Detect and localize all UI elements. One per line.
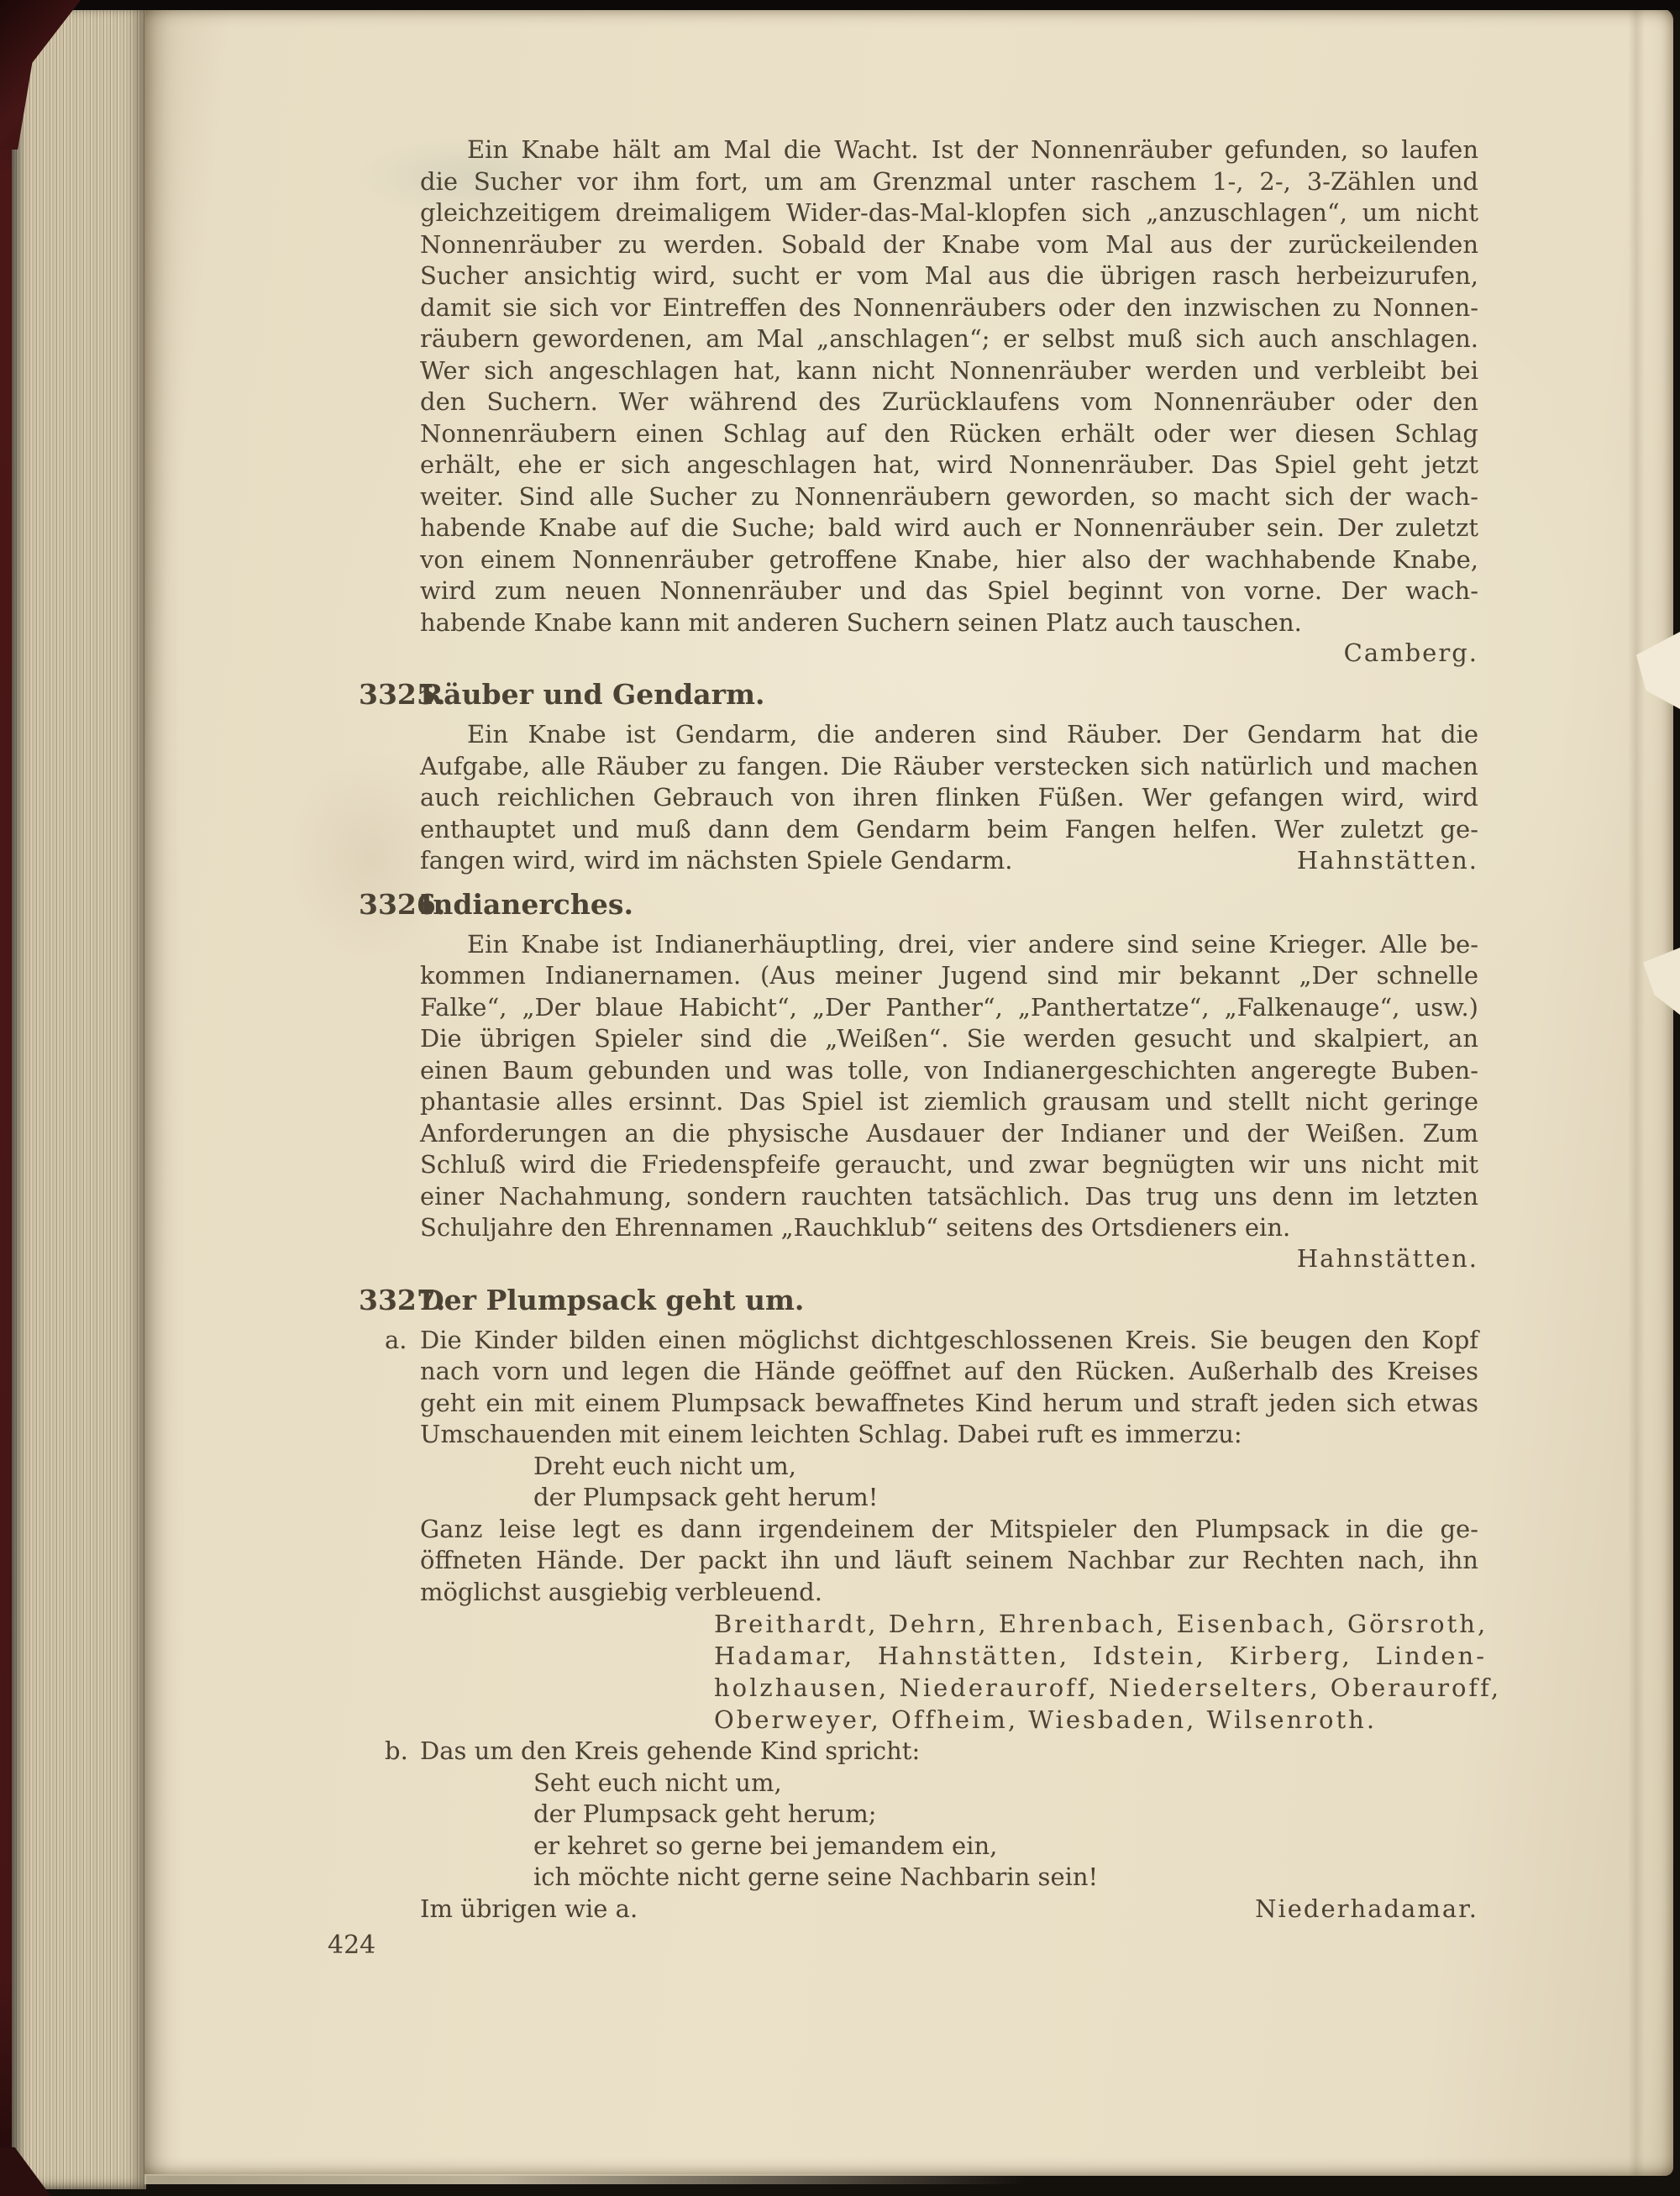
place-names-list: Breithardt, Dehrn, Ehrenbach, Eisenbach,… (714, 1608, 1487, 1704)
text-line: Wer sich angeschlagen hat, kann nicht No… (420, 355, 1478, 387)
section-heading-3327: 3327. Der Plumpsack geht um. (420, 1283, 1478, 1318)
item-a: a. Die Kinder bilden einen möglichst dic… (420, 1325, 1478, 1736)
text-line: von einem Nonnenräuber getroffene Knabe,… (420, 544, 1478, 576)
paragraph-last-line: habende Knabe kann mit anderen Suchern s… (420, 607, 1478, 639)
paragraph-3326: Ein Knabe ist Indianerhäuptling, drei, v… (420, 929, 1478, 1213)
text-block: Ein Knabe hält am Mal die Wacht. Ist der… (420, 134, 1478, 1925)
text-line: Nonnenräuber zu werden. Sobald der Knabe… (420, 229, 1478, 261)
section-number: 3327. (359, 1283, 445, 1318)
text-line: nach vorn und legen die Hände geöffnet a… (420, 1356, 1478, 1388)
book-photo: Ein Knabe hält am Mal die Wacht. Ist der… (0, 0, 1680, 2196)
text-line: auch reichlichen Gebrauch von ihren flin… (420, 782, 1478, 814)
text-line: geht ein mit einem Plumpsack bewaffnetes… (420, 1388, 1478, 1420)
text-line: einen Baum gebunden und was tolle, von I… (420, 1055, 1478, 1087)
text-line: Aufgabe, alle Räuber zu fangen. Die Räub… (420, 751, 1478, 783)
text-line: er kehret so gerne bei jemandem ein, (533, 1831, 1478, 1862)
text-line: habende Knabe auf die Suche; bald wird a… (420, 512, 1478, 544)
section-heading-3325: 3325. Räuber und Gendarm. (420, 677, 1478, 712)
text-line: Ganz leise legt es dann irgendeinem der … (420, 1514, 1478, 1546)
section-number: 3326. (359, 887, 445, 922)
item-a-paragraph: Die Kinder bilden einen möglichst dichtg… (420, 1325, 1478, 1420)
closing-line-with-signature: Im übrigen wie a. Niederhadamar. (420, 1894, 1478, 1925)
page-crease (1628, 8, 1645, 2176)
text-line: erhält, ehe er sich angeschlagen hat, wi… (420, 449, 1478, 481)
text-line: damit sie sich vor Eintreffen des Nonnen… (420, 292, 1478, 324)
text-line: Ein Knabe hält am Mal die Wacht. Ist der… (420, 134, 1478, 166)
text-line: Seht euch nicht um, (533, 1768, 1478, 1799)
text-line: phantasie alles ersinnt. Das Spiel ist z… (420, 1086, 1478, 1118)
verse-b: Seht euch nicht um,der Plumpsack geht he… (533, 1768, 1478, 1894)
text-line: Ein Knabe ist Indianerhäuptling, drei, v… (420, 929, 1478, 961)
signature-line: Hahnstätten. (420, 1244, 1478, 1273)
text-line: Falke“, „Der blaue Habicht“, „Der Panthe… (420, 992, 1478, 1024)
text-line: der Plumpsack geht herum; (533, 1799, 1478, 1831)
signature-niederhadamar: Niederhadamar. (1255, 1894, 1478, 1925)
item-marker-b: b. (385, 1736, 408, 1768)
text-line: Sucher ansichtig wird, sucht er vom Mal … (420, 260, 1478, 292)
item-marker-a: a. (385, 1325, 407, 1357)
page-stack-edge (10, 5, 146, 2189)
closing-text: Im übrigen wie a. (420, 1894, 638, 1925)
text-line: öffneten Hände. Der packt ihn und läuft … (420, 1545, 1478, 1577)
page-bottom-edge (144, 2174, 1026, 2184)
section-title: Der Plumpsack geht um. (420, 1284, 804, 1316)
text-line: einer Nachahmung, sondern rauchten tatsä… (420, 1181, 1478, 1213)
text-line: Ein Knabe ist Gendarm, die anderen sind … (420, 719, 1478, 751)
text-line: der Plumpsack geht herum! (533, 1482, 1478, 1514)
text-line: räubern gewordenen, am Mal „anschlagen“;… (420, 323, 1478, 355)
text-line: Die übrigen Spieler sind die „Weißen“. S… (420, 1023, 1478, 1055)
text-line: den Suchern. Wer während des Zurücklaufe… (420, 386, 1478, 418)
paragraph-last-line: Schuljahre den Ehrennamen „Rauchklub“ se… (420, 1212, 1478, 1244)
text-line: wird zum neuen Nonnenräuber und das Spie… (420, 575, 1478, 607)
item-b-intro: Das um den Kreis gehende Kind spricht: (420, 1736, 1478, 1768)
text-line: weiter. Sind alle Sucher zu Nonnenräuber… (420, 481, 1478, 513)
text-line: Nonnenräubern einen Schlag auf den Rücke… (420, 418, 1478, 450)
paragraph-last-line: fangen wird, wird im nächsten Spiele Gen… (420, 845, 1012, 877)
signature-hahnstaetten: Hahnstätten. (1297, 1244, 1478, 1273)
signature-line: Camberg. (420, 638, 1478, 667)
text-line: kommen Indianernamen. (Aus meiner Jugend… (420, 960, 1478, 992)
page-number: 424 (328, 1931, 375, 1960)
text-line: Anforderungen an die physische Ausdauer … (420, 1118, 1478, 1150)
place-names-last-line: Oberweyer, Offheim, Wiesbaden, Wilsenrot… (714, 1704, 1487, 1736)
section-number: 3325. (359, 677, 445, 712)
paragraph-continuation: Ein Knabe hält am Mal die Wacht. Ist der… (420, 134, 1478, 607)
paragraph-last-line: möglichst ausgiebig verbleuend. (420, 1577, 1478, 1609)
text-line: die Sucher vor ihm fort, um am Grenzmal … (420, 166, 1478, 198)
text-line: gleichzeitigem dreimaligem Wider-das-Mal… (420, 197, 1478, 229)
text-line: Hadamar, Hahnstätten, Idstein, Kirberg, … (714, 1640, 1487, 1672)
item-b: b. Das um den Kreis gehende Kind spricht… (420, 1736, 1478, 1925)
verse-a: Dreht euch nicht um,der Plumpsack geht h… (533, 1451, 1478, 1514)
section-title: Indianerches. (420, 888, 633, 921)
section-title: Räuber und Gendarm. (420, 678, 764, 711)
book-cover-edge (0, 0, 12, 2196)
text-line: holzhausen, Niederauroff, Niederselters,… (714, 1672, 1487, 1704)
paragraph-last-line: Umschauenden mit einem leichten Schlag. … (420, 1419, 1478, 1451)
text-line: enthauptet und muß dann dem Gendarm beim… (420, 814, 1478, 846)
section-heading-3326: 3326. Indianerches. (420, 887, 1478, 922)
signature-camberg: Camberg. (1344, 638, 1478, 667)
text-line: ich möchte nicht gerne seine Nachbarin s… (533, 1862, 1478, 1894)
signature-hahnstaetten: Hahnstätten. (1297, 845, 1478, 877)
paragraph-3325: Ein Knabe ist Gendarm, die anderen sind … (420, 719, 1478, 845)
paragraph-last-line-with-signature: fangen wird, wird im nächsten Spiele Gen… (420, 845, 1478, 877)
text-line: Schluß wird die Friedenspfeife geraucht,… (420, 1149, 1478, 1181)
text-line: Breithardt, Dehrn, Ehrenbach, Eisenbach,… (714, 1608, 1487, 1640)
item-a-paragraph-2: Ganz leise legt es dann irgendeinem der … (420, 1514, 1478, 1577)
text-line: Dreht euch nicht um, (533, 1451, 1478, 1483)
text-line: Die Kinder bilden einen möglichst dichtg… (420, 1325, 1478, 1357)
photo-background-top (0, 0, 1680, 10)
book-page: Ein Knabe hält am Mal die Wacht. Ist der… (144, 8, 1673, 2176)
